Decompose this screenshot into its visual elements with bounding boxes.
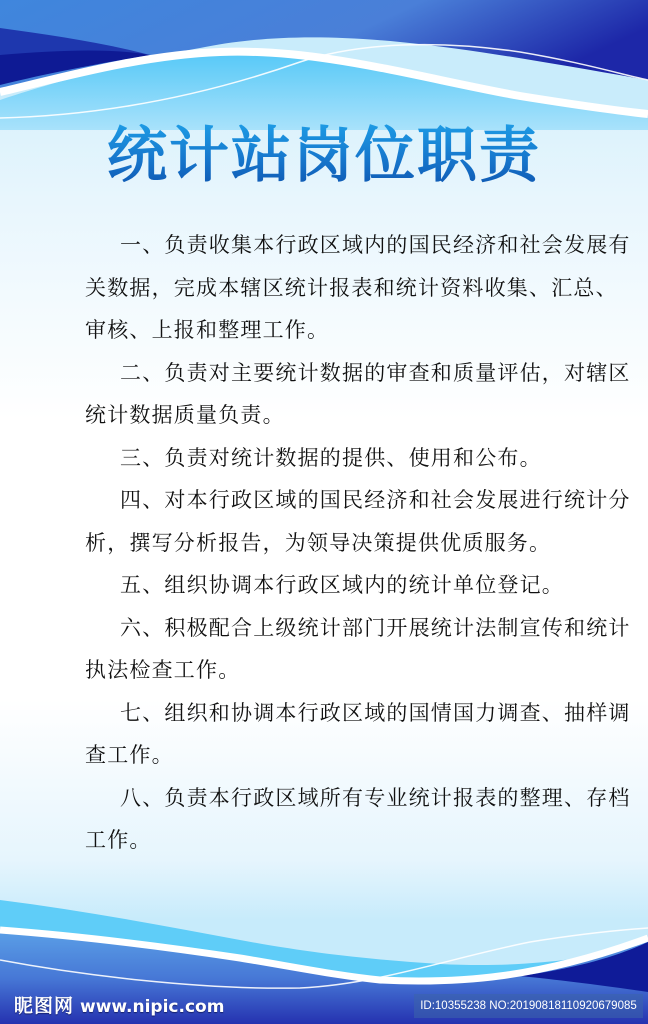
duties-list: 一、负责收集本行政区域内的国民经济和社会发展有关数据，完成本辖区统计报表和统计资…: [85, 224, 633, 862]
duty-item-8: 八、负责本行政区域所有专业统计报表的整理、存档工作。: [85, 777, 633, 862]
duty-item-6: 六、积极配合上级统计部门开展统计法制宣传和统计执法检查工作。: [85, 607, 633, 692]
nipic-watermark: 昵图网www.nipic.com: [14, 991, 224, 1018]
duty-item-4: 四、对本行政区域的国民经济和社会发展进行统计分析，撰写分析报告，为领导决策提供优…: [85, 479, 633, 564]
page-title: 统计站岗位职责: [0, 116, 648, 196]
duty-item-5: 五、组织协调本行政区域内的统计单位登记。: [85, 564, 633, 607]
duty-item-3: 三、负责对统计数据的提供、使用和公布。: [85, 437, 633, 480]
duty-item-1: 一、负责收集本行政区域内的国民经济和社会发展有关数据，完成本辖区统计报表和统计资…: [85, 224, 633, 352]
watermark-cn-text: 昵图网: [14, 995, 74, 1017]
watermark-url: www.nipic.com: [80, 997, 224, 1017]
duty-item-7: 七、组织和协调本行政区域的国情国力调查、抽样调查工作。: [85, 692, 633, 777]
header-wave-decoration: [0, 0, 648, 130]
duty-item-2: 二、负责对主要统计数据的审查和质量评估，对辖区统计数据质量负责。: [85, 352, 633, 437]
image-id-label: ID:10355238 NO:20190818110920679085: [414, 994, 643, 1018]
